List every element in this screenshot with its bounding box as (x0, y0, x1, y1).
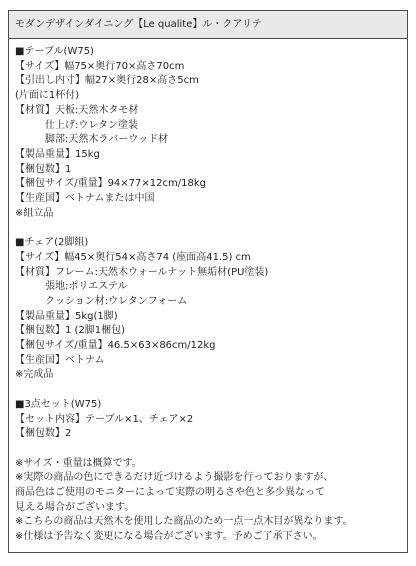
spec-line-table-material-finish: 仕上げ:ウレタン塗装 (15, 119, 401, 134)
spec-line-chair-weight: 【製品重量】5kg(1脚) (15, 310, 401, 325)
spec-line-chair-material-cushion: クッション材:ウレタンフォーム (15, 295, 401, 310)
spec-line-table-size: 【サイズ】幅75×奥行70×高さ70cm (15, 60, 401, 75)
spec-line-table-drawer-size: 【引出し内寸】幅27×奥行28×高さ5cm (15, 74, 401, 89)
note-line-woodgrain: ※こちらの商品は天然木を使用した商品のため一点一点木目が異なります。 (15, 515, 401, 530)
spec-line-table-material-legs: 脚部:天然木ラバーウッド材 (15, 133, 401, 148)
spec-line-table-assembly-note: ※組立品 (15, 207, 401, 222)
section-notes: ※サイズ・重量は概算です。 ※実際の商品の色にできるだけ近づけるよう撮影を行って… (15, 457, 401, 545)
section-chair-heading: ■チェア(2脚組) (15, 236, 401, 251)
spec-line-chair-package-size: 【梱包サイズ/重量】46.5×63×86cm/12kg (15, 339, 401, 354)
section-table: ■テーブル(W75) 【サイズ】幅75×奥行70×高さ70cm 【引出し内寸】幅… (15, 45, 401, 221)
section-set-heading: ■3点セット(W75) (15, 398, 401, 413)
spec-line-chair-assembled-note: ※完成品 (15, 368, 401, 383)
section-chair: ■チェア(2脚組) 【サイズ】幅45×奥行54×高さ74 (座面高41.5) c… (15, 236, 401, 383)
spec-line-table-origin: 【生産国】ベトナムまたは中国 (15, 192, 401, 207)
note-line-spec-change: ※仕様は予告なく変更になる場合がございます。予めご了承下さい。 (15, 530, 401, 545)
product-title: モダンデザインダイニング【Le qualite】ル・クアリテ (9, 11, 407, 39)
spec-line-table-drawer-note: (片面に1杯付) (15, 89, 401, 104)
spec-line-chair-size: 【サイズ】幅45×奥行54×高さ74 (座面高41.5) cm (15, 251, 401, 266)
note-line-approx: ※サイズ・重量は概算です。 (15, 457, 401, 472)
spec-line-table-package-count: 【梱包数】1 (15, 163, 401, 178)
spec-line-set-package-count: 【梱包数】2 (15, 427, 401, 442)
spec-line-table-package-size: 【梱包サイズ/重量】94×77×12cm/18kg (15, 177, 401, 192)
spec-line-chair-material-frame: 【材質】フレーム:天然木ウォールナット無垢材(PU塗装) (15, 266, 401, 281)
section-table-heading: ■テーブル(W75) (15, 45, 401, 60)
note-line-color-3: 見える場合がございます。 (15, 501, 401, 516)
spec-line-table-weight: 【製品重量】15kg (15, 148, 401, 163)
section-set: ■3点セット(W75) 【セット内容】テーブル×1、チェア×2 【梱包数】2 (15, 398, 401, 442)
spec-line-table-material-top: 【材質】天板:天然木タモ材 (15, 104, 401, 119)
spec-box: モダンデザインダイニング【Le qualite】ル・クアリテ ■テーブル(W75… (8, 10, 408, 553)
spec-line-chair-material-fabric: 張地:ポリエステル (15, 280, 401, 295)
spec-line-chair-package-count: 【梱包数】1 (2脚1梱包) (15, 324, 401, 339)
product-spec-page: モダンデザインダイニング【Le qualite】ル・クアリテ ■テーブル(W75… (0, 0, 416, 566)
spec-line-chair-origin: 【生産国】ベトナム (15, 354, 401, 369)
note-line-color-1: ※実際の商品の色にできるだけ近づけるよう撮影を行っておりますが、 (15, 471, 401, 486)
spec-body: ■テーブル(W75) 【サイズ】幅75×奥行70×高さ70cm 【引出し内寸】幅… (9, 39, 407, 549)
spec-line-set-contents: 【セット内容】テーブル×1、チェア×2 (15, 413, 401, 428)
note-line-color-2: 商品色はご使用のモニターによって実際の明るさや色と多少異なって (15, 486, 401, 501)
